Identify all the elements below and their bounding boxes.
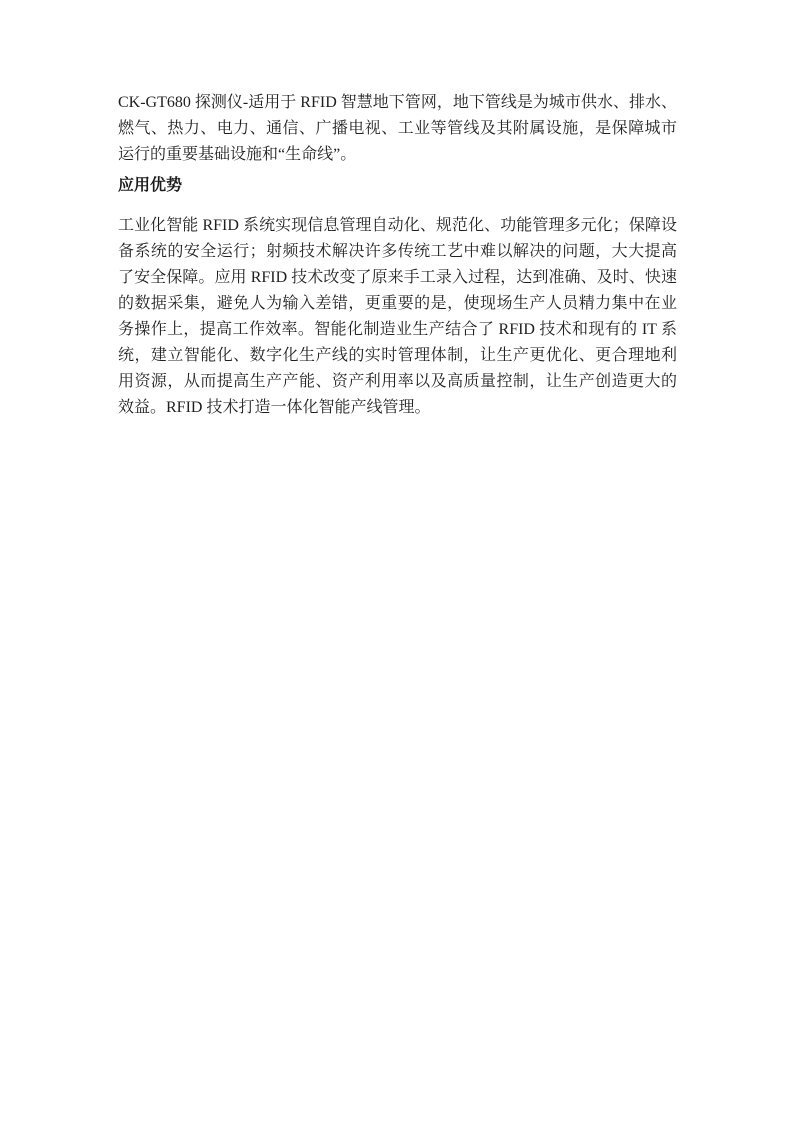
advantages-paragraph: 工业化智能 RFID 系统实现信息管理自动化、规范化、功能管理多元化；保障设备系…	[118, 213, 677, 421]
document-page: CK-GT680 探测仪-适用于 RFID 智慧地下管网，地下管线是为城市供水、…	[0, 0, 793, 1122]
section-heading: 应用优势	[118, 173, 677, 199]
document-content: CK-GT680 探测仪-适用于 RFID 智慧地下管网，地下管线是为城市供水、…	[118, 90, 677, 421]
intro-paragraph: CK-GT680 探测仪-适用于 RFID 智慧地下管网，地下管线是为城市供水、…	[118, 90, 677, 168]
